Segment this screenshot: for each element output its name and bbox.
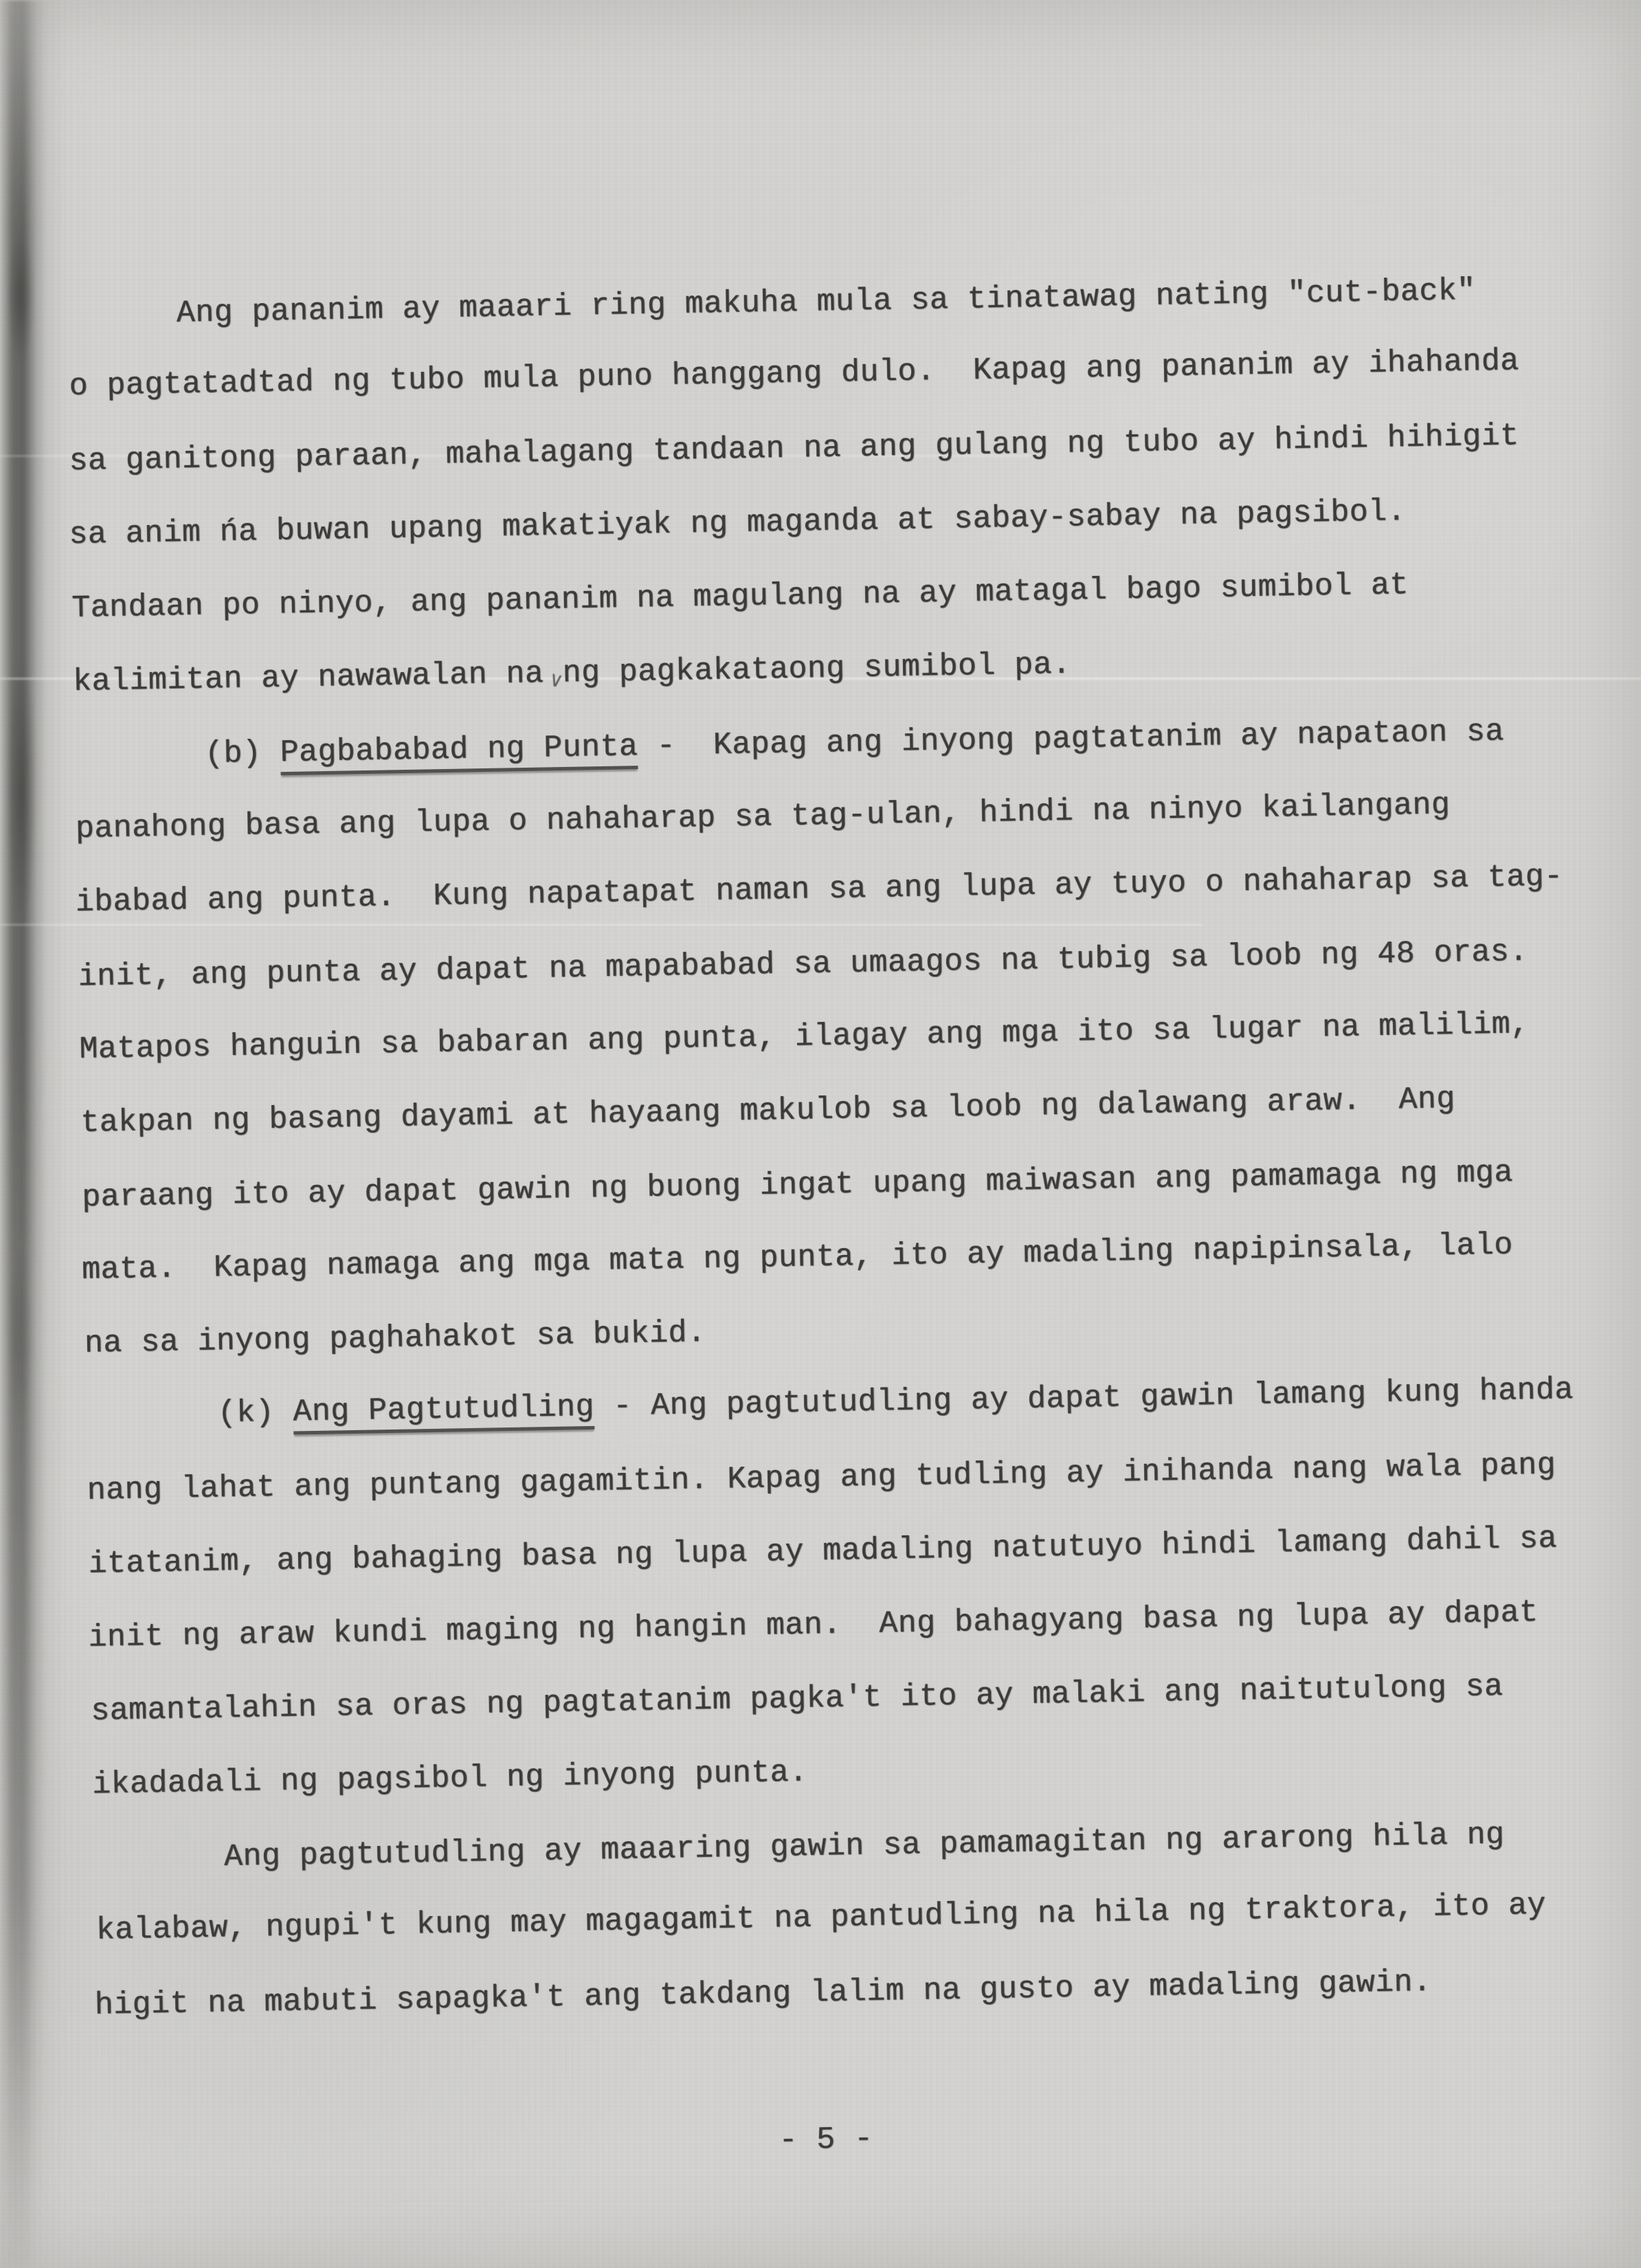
typed-text-block: Ang pananim ay maaari ring makuha mula s…	[66, 252, 1580, 2189]
section-label: (k)	[217, 1395, 293, 1432]
section-text: - Kapag ang inyong pagtatanim ay napatao…	[638, 714, 1504, 764]
section-text: - Ang pagtutudling ay dapat gawin lamang…	[594, 1372, 1574, 1425]
scan-gutter-shadow	[0, 0, 65, 2268]
section-title: Pagbababad ng Punta	[280, 729, 638, 775]
section-title: Ang Pagtutudling	[293, 1390, 594, 1435]
scanned-document-page: Ang pananim ay maaari ring makuha mula s…	[0, 0, 1641, 2268]
section-label: (b)	[205, 735, 280, 772]
